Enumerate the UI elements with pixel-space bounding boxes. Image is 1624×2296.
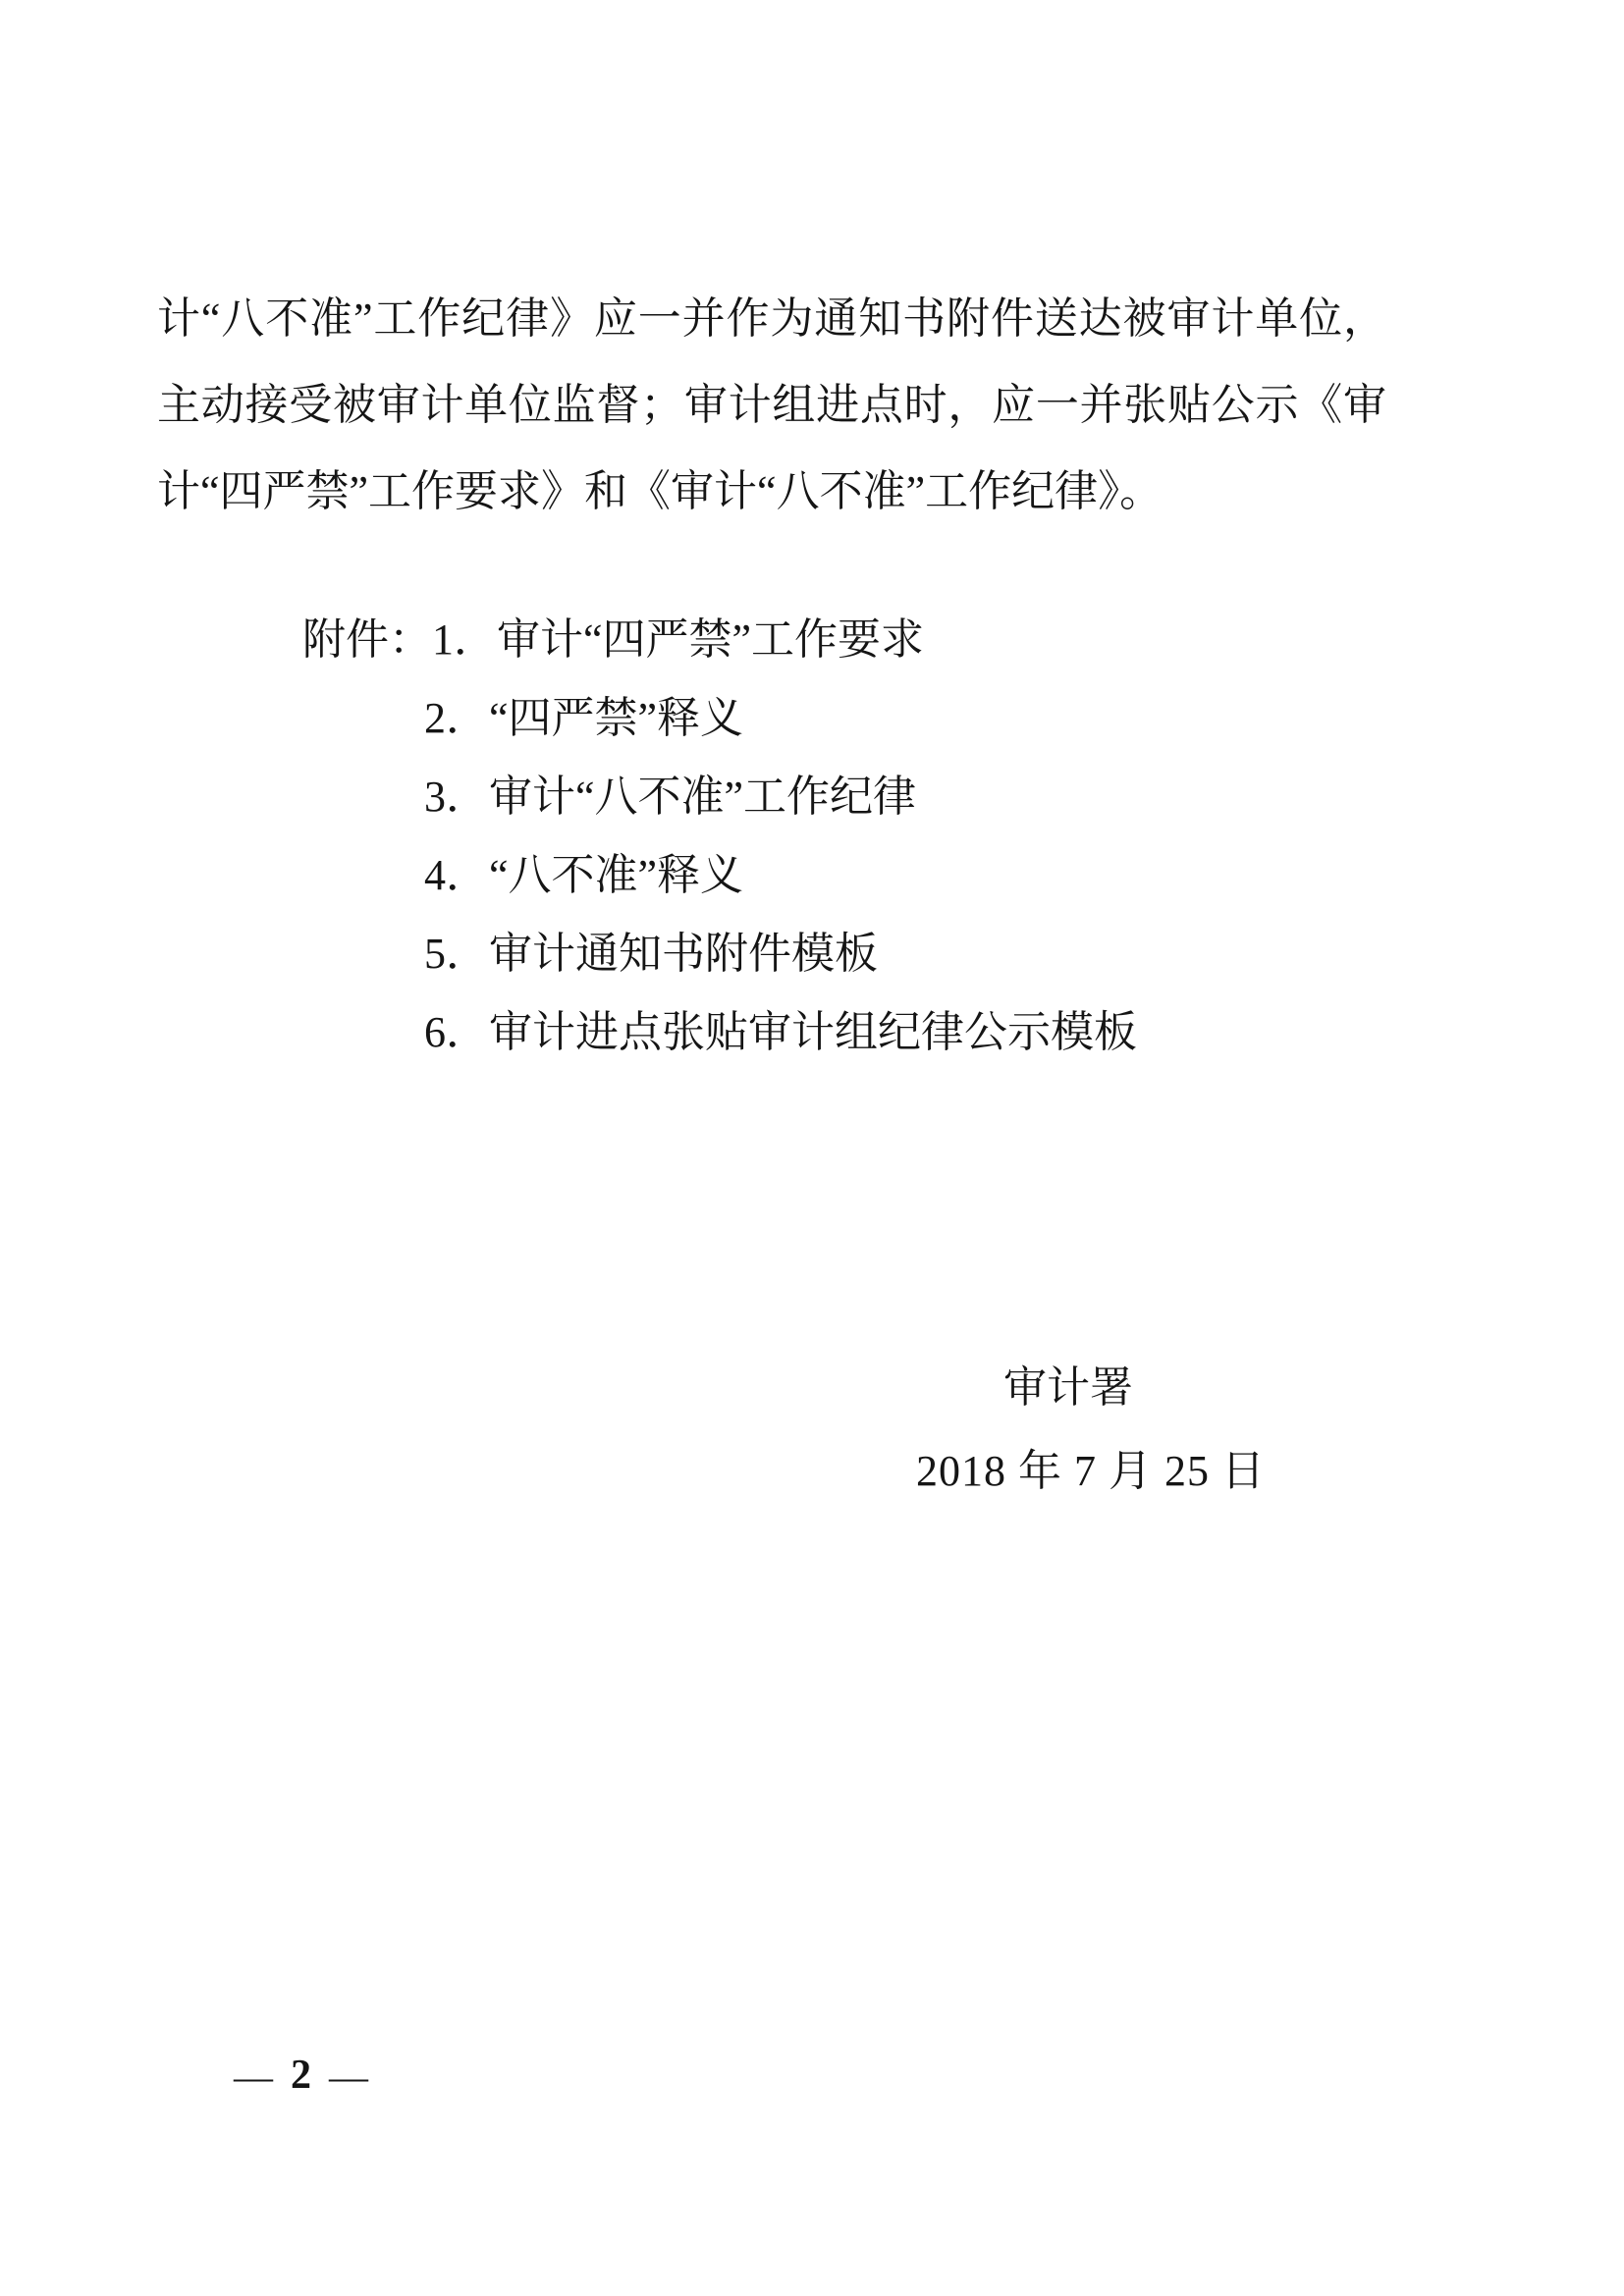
attachment-item-3: 3．审计“八不准”工作纪律 xyxy=(302,758,1137,836)
attachment-item-1: 1．审计“四严禁”工作要求 xyxy=(432,615,924,664)
paragraph-line-2: 主动接受被审计单位监督；审计组进点时，应一并张贴公示《审 xyxy=(157,362,1386,449)
body-paragraph: 计“八不准”工作纪律》应一并作为通知书附件送达被审计单位， 主动接受被审计单位监… xyxy=(157,276,1386,535)
attachment-list: 附件：1．审计“四严禁”工作要求 2．“四严禁”释义 3．审计“八不准”工作纪律… xyxy=(302,601,1137,1072)
attachment-row-1: 附件：1．审计“四严禁”工作要求 xyxy=(302,601,1137,679)
attachment-item-2: 2．“四严禁”释义 xyxy=(302,679,1137,758)
attachment-item-5: 5．审计通知书附件模板 xyxy=(302,915,1137,993)
signature-org: 审计署 xyxy=(1003,1359,1133,1417)
signature-date: 2018 年 7 月 25 日 xyxy=(916,1442,1266,1501)
attachment-item-6: 6．审计进点张贴审计组纪律公示模板 xyxy=(302,993,1137,1072)
document-page: 计“八不准”工作纪律》应一并作为通知书附件送达被审计单位， 主动接受被审计单位监… xyxy=(0,0,1624,2296)
page-footer: — 2 — xyxy=(234,2054,368,2101)
page-number: 2 xyxy=(291,2052,311,2099)
footer-dash-right: — xyxy=(329,2054,368,2101)
paragraph-line-3: 计“四严禁”工作要求》和《审计“八不准”工作纪律》。 xyxy=(157,449,1386,535)
attachment-item-4: 4．“八不准”释义 xyxy=(302,836,1137,915)
footer-dash-left: — xyxy=(234,2054,273,2101)
paragraph-line-1: 计“八不准”工作纪律》应一并作为通知书附件送达被审计单位， xyxy=(157,276,1386,362)
attachment-label: 附件： xyxy=(302,601,432,679)
